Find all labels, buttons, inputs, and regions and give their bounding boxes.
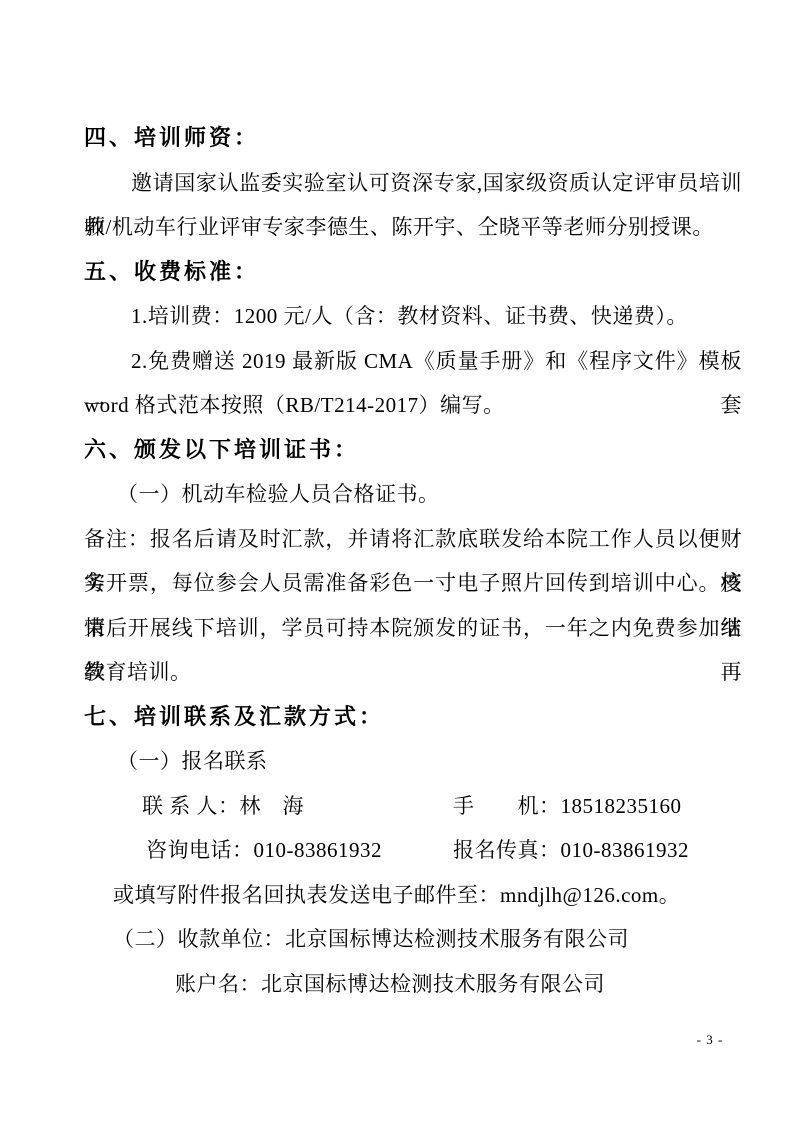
body-line: 实开票，每位参会人员需准备彩色一寸电子照片回传到培训中心。疫情结 — [84, 561, 742, 606]
body-line: 1.培训费：1200 元/人（含：教材资料、证书费、快递费）。 — [84, 294, 742, 339]
contact-row-person: 联 系 人：林 海 手 机：18518235160 — [84, 784, 742, 829]
contact-row-phone: 咨询电话：010-83861932 报名传真：010-83861932 — [84, 828, 742, 873]
body-line: （一）机动车检验人员合格证书。 — [84, 472, 742, 517]
body-line: 邀请国家认监委实验室认可资深专家,国家级资质认定评审员培训教 — [84, 161, 742, 206]
body-line: 备注：报名后请及时汇款，并请将汇款底联发给本院工作人员以便财务核 — [84, 517, 742, 562]
section-heading: 四、培训师资： — [84, 116, 742, 161]
email-line: 或填写附件报名回执表发送电子邮件至：mndjlh@126.com。 — [84, 873, 742, 918]
section-certificates: 六、颁发以下培训证书： （一）机动车检验人员合格证书。 备注：报名后请及时汇款，… — [84, 428, 742, 695]
section-contact-payment: 七、培训联系及汇款方式： （一）报名联系 联 系 人：林 海 手 机：18518… — [84, 695, 742, 1007]
body-line: 2.免费赠送 2019 最新版 CMA《质量手册》和《程序文件》模板一套 — [84, 339, 742, 384]
account-name-line: 账户名：北京国标博达检测技术服务有限公司 — [84, 962, 742, 1007]
body-line: 束后开展线下培训，学员可持本院颁发的证书，一年之内免费参加继续再 — [84, 606, 742, 651]
section-fee-standard: 五、收费标准： 1.培训费：1200 元/人（含：教材资料、证书费、快递费）。 … — [84, 250, 742, 428]
subheading-registration-contact: （一）报名联系 — [84, 739, 742, 784]
section-heading: 五、收费标准： — [84, 250, 742, 295]
section-training-instructors: 四、培训师资： 邀请国家认监委实验室认可资深专家,国家级资质认定评审员培训教 师… — [84, 116, 742, 250]
payee-line: （二）收款单位：北京国标博达检测技术服务有限公司 — [84, 917, 742, 962]
consult-phone: 咨询电话：010-83861932 — [146, 828, 382, 873]
fax-number: 报名传真：010-83861932 — [453, 828, 689, 873]
document-page: 四、培训师资： 邀请国家认监委实验室认可资深专家,国家级资质认定评审员培训教 师… — [0, 0, 793, 1122]
page-number: - 3 - — [690, 1031, 730, 1049]
section-heading: 六、颁发以下培训证书： — [84, 428, 742, 473]
contact-person: 联 系 人：林 海 — [142, 784, 304, 829]
mobile-number: 手 机：18518235160 — [453, 784, 682, 829]
body-line: 师/机动车行业评审专家李德生、陈开宇、仝晓平等老师分别授课。 — [84, 205, 742, 250]
document-body: 四、培训师资： 邀请国家认监委实验室认可资深专家,国家级资质认定评审员培训教 师… — [84, 116, 742, 1006]
section-heading: 七、培训联系及汇款方式： — [84, 695, 742, 740]
